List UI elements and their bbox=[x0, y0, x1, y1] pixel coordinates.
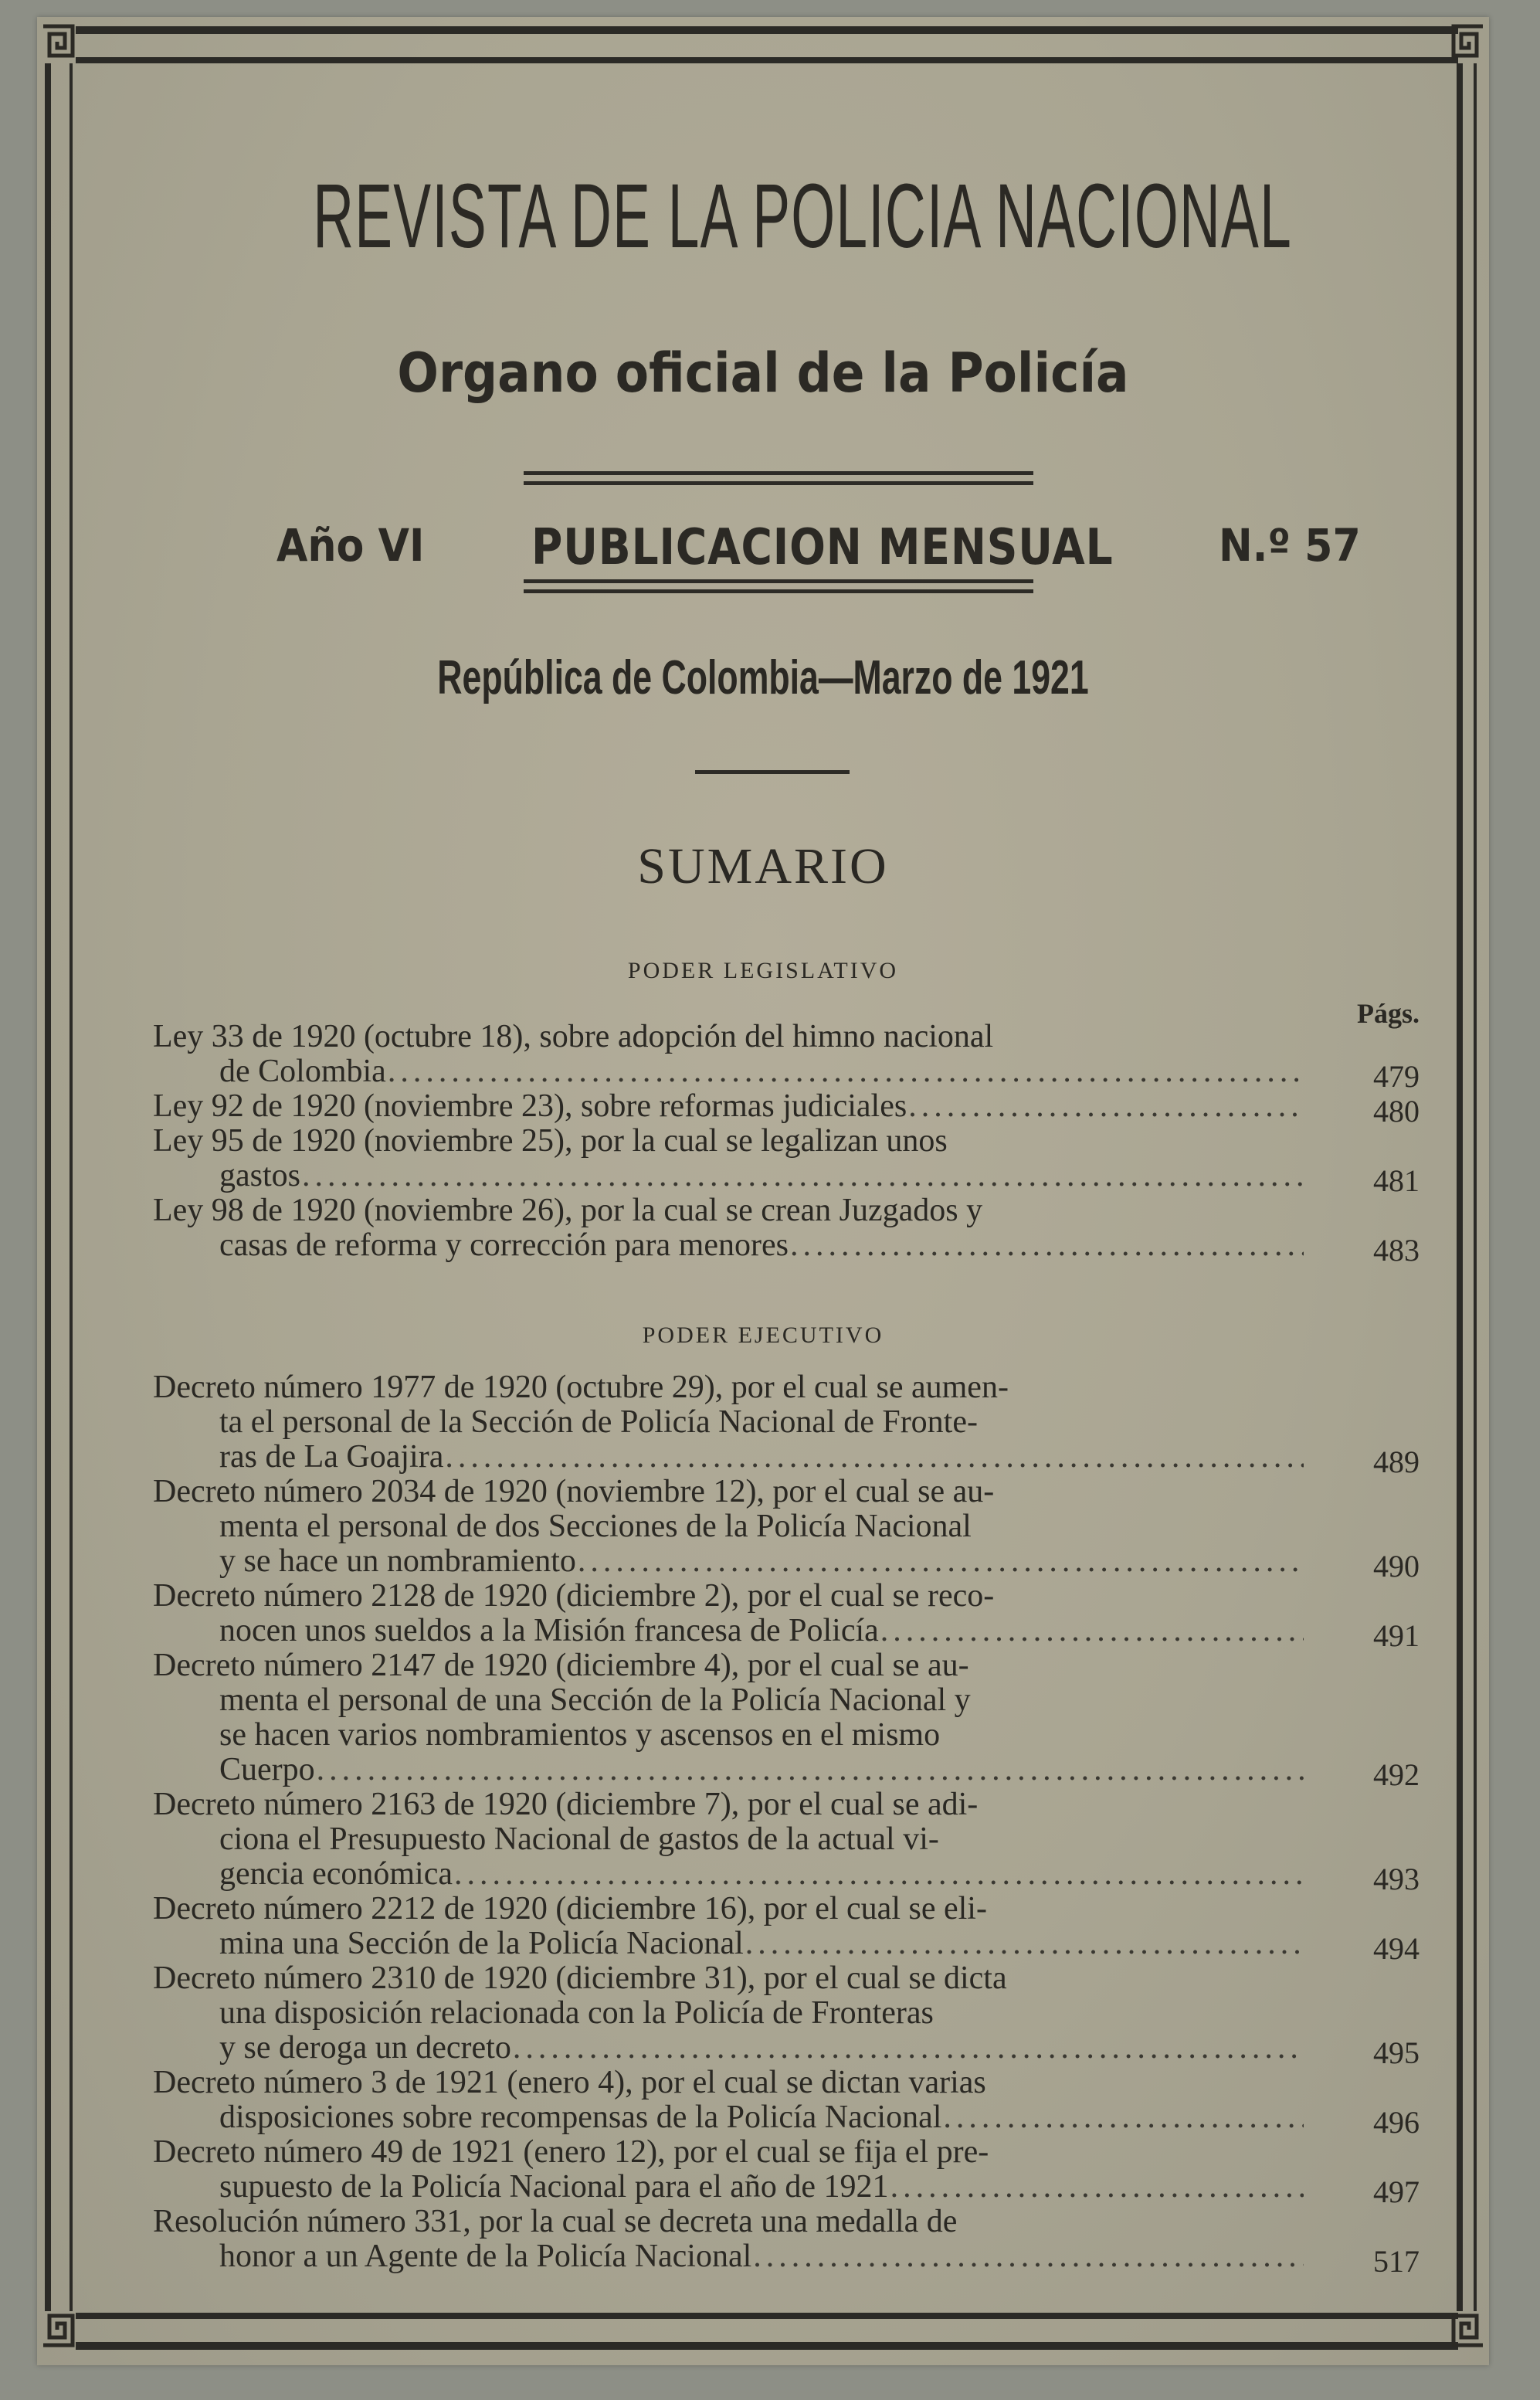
toc-entry[interactable]: Decreto número 2147 de 1920 (diciembre 4… bbox=[153, 1648, 1420, 1787]
section-heading-legislativo: PODER LEGISLATIVO bbox=[37, 958, 1489, 984]
issue-number: N.º 57 bbox=[1219, 519, 1361, 572]
magazine-cover: REVISTA DE LA POLICIA NACIONAL Organo of… bbox=[37, 17, 1489, 2365]
toc-entry[interactable]: Ley 98 de 1920 (noviembre 26), por la cu… bbox=[153, 1193, 1420, 1263]
double-rule-top bbox=[524, 471, 1033, 491]
greek-key-corner-icon bbox=[1450, 2313, 1486, 2348]
border-top-outer bbox=[76, 26, 1458, 34]
toc-entry[interactable]: Ley 95 de 1920 (noviembre 25), por la cu… bbox=[153, 1124, 1420, 1193]
toc-entry[interactable]: Decreto número 2310 de 1920 (diciembre 3… bbox=[153, 1961, 1420, 2066]
border-top-inner bbox=[76, 57, 1458, 63]
border-right-inner bbox=[1457, 63, 1463, 2311]
double-rule-bottom bbox=[524, 579, 1033, 599]
toc-entry[interactable]: Decreto número 1977 de 1920 (octubre 29)… bbox=[153, 1370, 1420, 1475]
toc-entry[interactable]: Resolución número 331, por la cual se de… bbox=[153, 2205, 1420, 2274]
toc-entry[interactable]: Decreto número 3 de 1921 (enero 4), por … bbox=[153, 2066, 1420, 2135]
border-bottom-outer bbox=[76, 2342, 1458, 2350]
toc-ejecutivo: Decreto número 1977 de 1920 (octubre 29)… bbox=[153, 1370, 1420, 2274]
section-heading-ejecutivo: PODER EJECUTIVO bbox=[37, 1322, 1489, 1349]
border-right-outer bbox=[1474, 63, 1477, 2311]
toc-legislativo: Págs. Ley 33 de 1920 (octubre 18), sobre… bbox=[153, 996, 1420, 1263]
divider bbox=[695, 770, 850, 774]
magazine-title: REVISTA DE LA POLICIA NACIONAL bbox=[313, 164, 1213, 269]
page-number: 517 bbox=[1335, 2244, 1420, 2279]
toc-entry[interactable]: Decreto número 2163 de 1920 (diciembre 7… bbox=[153, 1787, 1420, 1892]
greek-key-corner-icon bbox=[40, 2313, 76, 2348]
year-label: Año VI bbox=[276, 519, 424, 572]
page-number: 483 bbox=[1335, 1233, 1420, 1268]
toc-entry[interactable]: Ley 33 de 1920 (octubre 18), sobre adopc… bbox=[153, 1020, 1420, 1089]
toc-entry[interactable]: Decreto número 49 de 1921 (enero 12), po… bbox=[153, 2135, 1420, 2205]
dateline: República de Colombia—Marzo de 1921 bbox=[240, 650, 1286, 705]
summary-heading: SUMARIO bbox=[37, 837, 1489, 896]
toc-entry[interactable]: Decreto número 2034 de 1920 (noviembre 1… bbox=[153, 1475, 1420, 1579]
border-bottom-inner bbox=[76, 2313, 1458, 2319]
magazine-subtitle: Organo oficial de la Policía bbox=[110, 341, 1416, 405]
border-left-outer bbox=[45, 63, 51, 2311]
greek-key-corner-icon bbox=[40, 23, 76, 59]
border-left-inner bbox=[70, 63, 73, 2311]
toc-entry[interactable]: Decreto número 2128 de 1920 (diciembre 2… bbox=[153, 1579, 1420, 1648]
toc-entry[interactable]: Ley 92 de 1920 (noviembre 23), sobre ref… bbox=[153, 1089, 1420, 1124]
toc-entry[interactable]: Decreto número 2212 de 1920 (diciembre 1… bbox=[153, 1892, 1420, 1961]
frequency-label: PUBLICACION MENSUAL bbox=[531, 519, 1113, 576]
greek-key-corner-icon bbox=[1450, 23, 1486, 59]
